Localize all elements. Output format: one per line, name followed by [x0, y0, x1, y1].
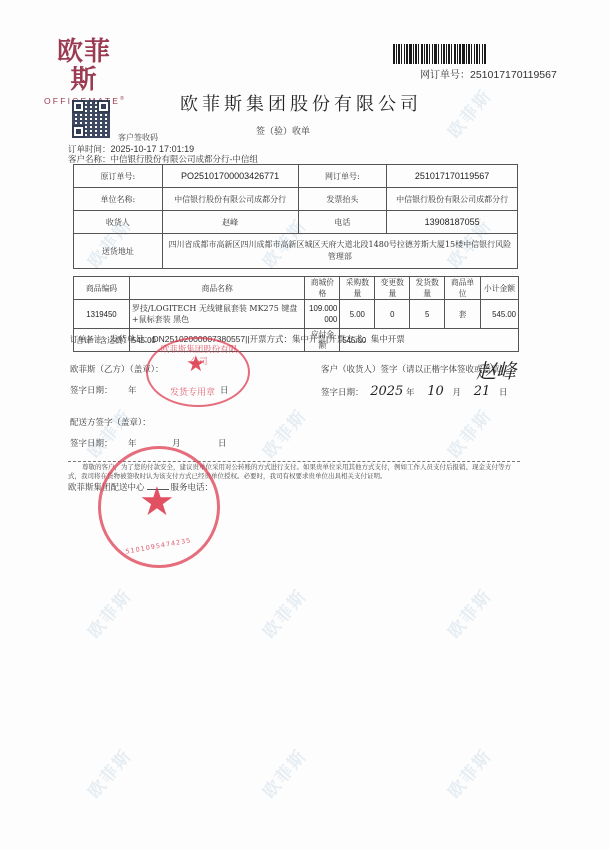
info-label: 网订单号:: [298, 165, 387, 188]
watermark: 欧菲斯: [441, 743, 497, 803]
column-header: 采购数量: [340, 277, 375, 300]
logo-cn: 欧菲斯: [44, 38, 124, 94]
address-row: 送货地址四川省成都市高新区四川成都市高新区城区天府大道北段1480号拉德芳斯大厦…: [74, 234, 518, 269]
divider: [68, 461, 520, 462]
barcode-icon: [393, 44, 571, 64]
column-header: 商品编码: [74, 277, 130, 300]
info-value: 251017170119567: [387, 165, 518, 188]
item-purchase-qty: 5.00: [340, 300, 375, 329]
info-value: 中信银行股份有限公司成都分行: [387, 188, 518, 211]
item-subtotal: 545.00: [481, 300, 519, 329]
sign-day: 21: [474, 384, 491, 399]
remark-value: 发货单号：DN25102000007380557||开票方式：集中开票|开票方式…: [110, 334, 405, 344]
address-label: 送货地址: [74, 234, 163, 269]
watermark: 欧菲斯: [441, 83, 497, 143]
info-label: 单位名称:: [74, 188, 163, 211]
order-remark: 订单备注：发货单号：DN25102000007380557||开票方式：集中开票…: [70, 333, 405, 345]
info-value: 13908187055: [387, 211, 518, 234]
watermark: 欧菲斯: [256, 583, 312, 643]
info-label: 原订单号:: [74, 165, 163, 188]
column-header: 商品名称: [129, 277, 305, 300]
watermark: 欧菲斯: [256, 743, 312, 803]
column-header: 发货数量: [410, 277, 445, 300]
info-value: 赵峰: [162, 211, 298, 234]
info-value: 中信银行股份有限公司成都分行: [162, 188, 298, 211]
item-change-qty: 0: [375, 300, 410, 329]
watermark: 欧菲斯: [81, 403, 137, 463]
customer-signature: 赵峰: [476, 355, 516, 384]
watermark: 欧菲斯: [81, 583, 137, 643]
sign-month: 10: [427, 384, 444, 399]
column-header: 商城价格: [305, 277, 340, 300]
info-value: PO25101700003426771: [162, 165, 298, 188]
item-shipped-qty: 5: [410, 300, 445, 329]
barcode-number: 251017170119567: [470, 69, 557, 81]
info-label: 收货人: [74, 211, 163, 234]
seller-date-line: 签字日期： 年 日: [70, 384, 113, 396]
items-header-row: 商品编码商品名称商城价格采购数量变更数量发货数量商品单位小计金额: [74, 277, 519, 300]
column-header: 小计金额: [481, 277, 519, 300]
footer-contact: 欧菲斯集团配送中心服务电话：: [68, 481, 213, 493]
watermark: 欧菲斯: [441, 403, 497, 463]
company-logo: 欧菲斯 OFFICEMATE®: [44, 38, 124, 106]
column-header: 变更数量: [375, 277, 410, 300]
customer-date-line: 签字日期： 2025 年 10 月 21 日: [321, 384, 507, 399]
seller-sign-label: 欧菲斯（乙方）（盖章）：: [70, 363, 164, 375]
watermark: 欧菲斯: [256, 403, 312, 463]
info-label: 发票抬头: [298, 188, 387, 211]
table-row: 1319450罗技/LOGITECH 无线键鼠套装 MK275 键盘+鼠标套装 …: [74, 300, 519, 329]
delivery-sign-label: 配送方签字（盖章）：: [70, 416, 151, 428]
item-unit: 套: [445, 300, 481, 329]
document-title: 签（验）收单: [256, 124, 310, 137]
column-header: 商品单位: [445, 277, 481, 300]
address-value: 四川省成都市高新区四川成都市高新区城区天府大道北段1480号拉德芳斯大厦15楼中…: [162, 234, 517, 269]
item-price: 109.000000: [305, 300, 340, 329]
item-code: 1319450: [74, 300, 130, 329]
qr-label: 客户签收码: [118, 132, 158, 143]
item-name: 罗技/LOGITECH 无线键鼠套装 MK275 键盘+鼠标套装 黑色: [129, 300, 305, 329]
barcode-label: 网订单号：: [420, 70, 470, 81]
qr-code-icon: [72, 100, 110, 138]
sign-year: 2025: [370, 384, 403, 399]
barcode-caption: 网订单号：251017170119567: [420, 66, 557, 81]
order-info-table: 原订单号:PO25101700003426771网订单号:25101717011…: [73, 164, 518, 269]
info-row: 原订单号:PO25101700003426771网订单号:25101717011…: [74, 165, 518, 188]
company-title: 欧菲斯集团股份有限公司: [180, 90, 422, 116]
payment-notice: 尊敬的客户，为了您的付款安全，建议贵单位采用对公转账的方式进行支付。如果贵单位采…: [68, 463, 520, 481]
delivery-date-line: 签字日期： 年 月 日: [70, 437, 113, 449]
watermark: 欧菲斯: [441, 583, 497, 643]
info-label: 电话: [298, 211, 387, 234]
info-row: 单位名称:中信银行股份有限公司成都分行发票抬头中信银行股份有限公司成都分行: [74, 188, 518, 211]
watermark: 欧菲斯: [81, 743, 137, 803]
info-row: 收货人赵峰电话13908187055: [74, 211, 518, 234]
